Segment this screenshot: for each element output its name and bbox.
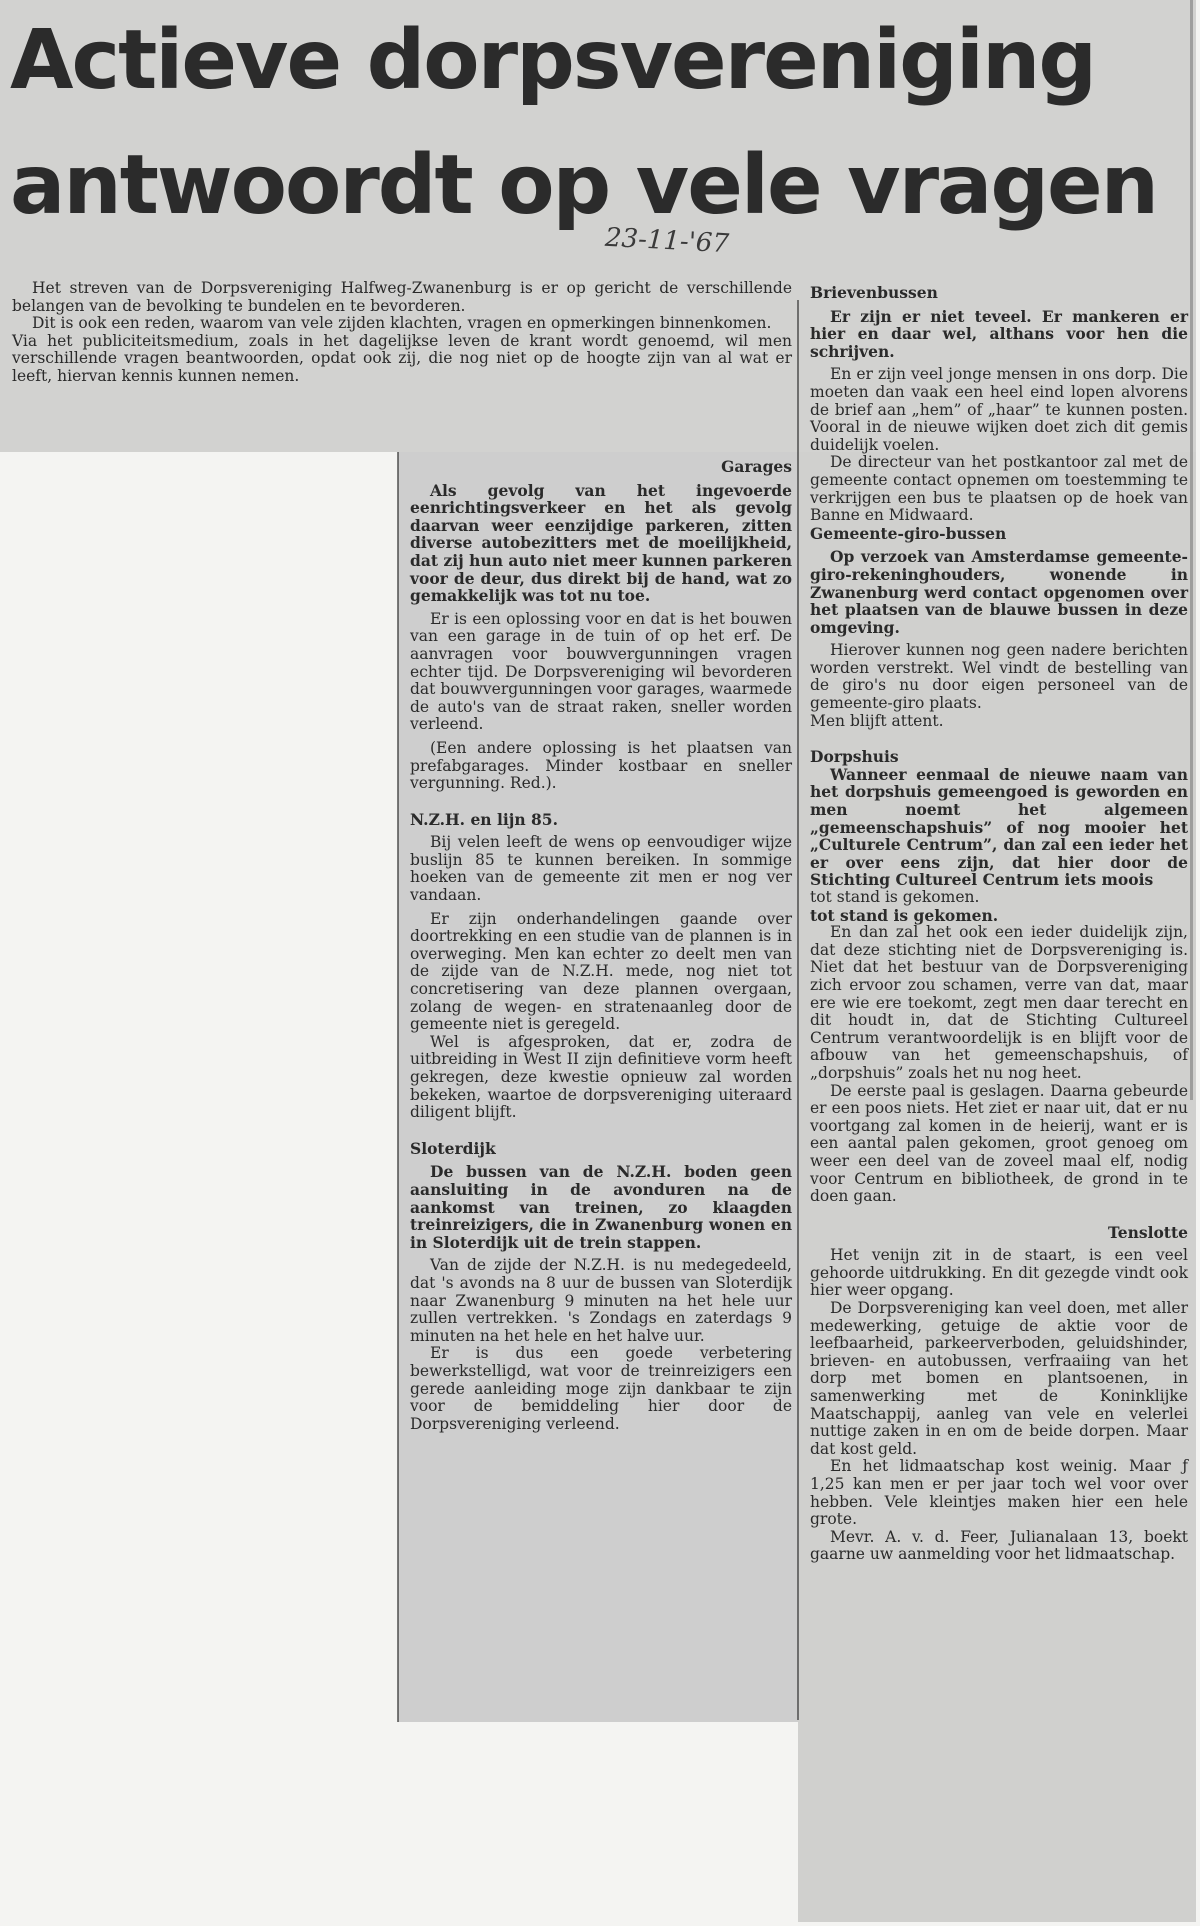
section-heading-nzh: N.Z.H. en lijn 85. [410, 811, 792, 829]
intro-paragraphs: Het streven van de Dorpsvereniging Halfw… [12, 280, 792, 385]
dorpshuis-paragraph: En dan zal het ook een ieder duidelijk z… [810, 924, 1188, 1082]
brievenbussen-paragraph: De directeur van het postkantoor zal met… [810, 454, 1188, 524]
handwritten-date: 23-11-'67 [604, 223, 729, 259]
intro-paragraph: Het streven van de Dorpsvereniging Halfw… [12, 280, 792, 315]
nzh-paragraph: Bij velen leeft de wens op eenvoudiger w… [410, 834, 792, 904]
section-heading-dorpshuis: Dorpshuis [810, 748, 1188, 766]
tenslotte-paragraph: En het lidmaatschap kost weinig. Maar ƒ … [810, 1458, 1188, 1528]
nzh-paragraph: Wel is afgesproken, dat er, zodra de uit… [410, 1034, 792, 1122]
section-heading-garages: Garages [410, 458, 792, 476]
section-heading-tenslotte: Tenslotte [810, 1224, 1188, 1242]
intro-paragraph: Via het publiciteitsmedium, zoals in het… [12, 333, 792, 386]
sloterdijk-paragraph: Van de zijde der N.Z.H. is nu medegedeel… [410, 1257, 792, 1345]
giro-paragraph: Men blijft attent. [810, 713, 1188, 731]
column-rule-left [397, 452, 399, 1722]
dorpshuis-paragraph: De eerste paal is geslagen. Daarna gebeu… [810, 1083, 1188, 1206]
dorpshuis-lead-tail-bold: tot stand is gekomen. [810, 907, 1188, 925]
section-heading-sloterdijk: Sloterdijk [410, 1140, 792, 1158]
sloterdijk-paragraph: Er is dus een goede verbetering bewerkst… [410, 1345, 792, 1433]
column-rule-right [797, 300, 799, 1720]
tenslotte-paragraph: De Dorpsvereniging kan veel doen, met al… [810, 1300, 1188, 1458]
headline-line-1: Actieve dorpsvereniging [10, 20, 1095, 102]
headline-line-2: antwoordt op vele vragen [10, 145, 1157, 227]
nzh-paragraph: Er zijn onderhandelingen gaande over doo… [410, 911, 792, 1034]
section-heading-brievenbussen: Brievenbussen [810, 284, 1188, 302]
tenslotte-paragraph: Mevr. A. v. d. Feer, Julianalaan 13, boe… [810, 1529, 1188, 1564]
giro-paragraph: Hierover kunnen nog geen nadere berichte… [810, 642, 1188, 712]
giro-lead: Op verzoek van Amsterdamse gemeente-giro… [810, 548, 1188, 636]
garages-paragraph: Er is een oplossing voor en dat is het b… [410, 611, 792, 734]
dorpshuis-lead: Wanneer eenmaal de nieuwe naam van het d… [810, 766, 1188, 889]
brievenbussen-lead: Er zijn er niet teveel. Er mankeren er h… [810, 308, 1188, 361]
garages-paragraph: (Een andere oplossing is het plaatsen va… [410, 740, 792, 793]
section-heading-giro: Gemeente-giro-bussen [810, 525, 1188, 543]
dorpshuis-lead-tail: tot stand is gekomen. [810, 889, 1188, 907]
tenslotte-paragraph: Het venijn zit in de staart, is een veel… [810, 1247, 1188, 1300]
right-column: Brievenbussen Er zijn er niet teveel. Er… [810, 284, 1188, 1564]
middle-column: Garages Als gevolg van het ingevoerde ee… [410, 452, 792, 1433]
clipping-edge [1190, 0, 1193, 1100]
brievenbussen-paragraph: En er zijn veel jonge mensen in ons dorp… [810, 366, 1188, 454]
intro-paragraph: Dit is ook een reden, waarom van vele zi… [12, 315, 792, 333]
sloterdijk-lead: De bussen van de N.Z.H. boden geen aansl… [410, 1163, 792, 1251]
garages-lead: Als gevolg van het ingevoerde eenrichtin… [410, 482, 792, 605]
